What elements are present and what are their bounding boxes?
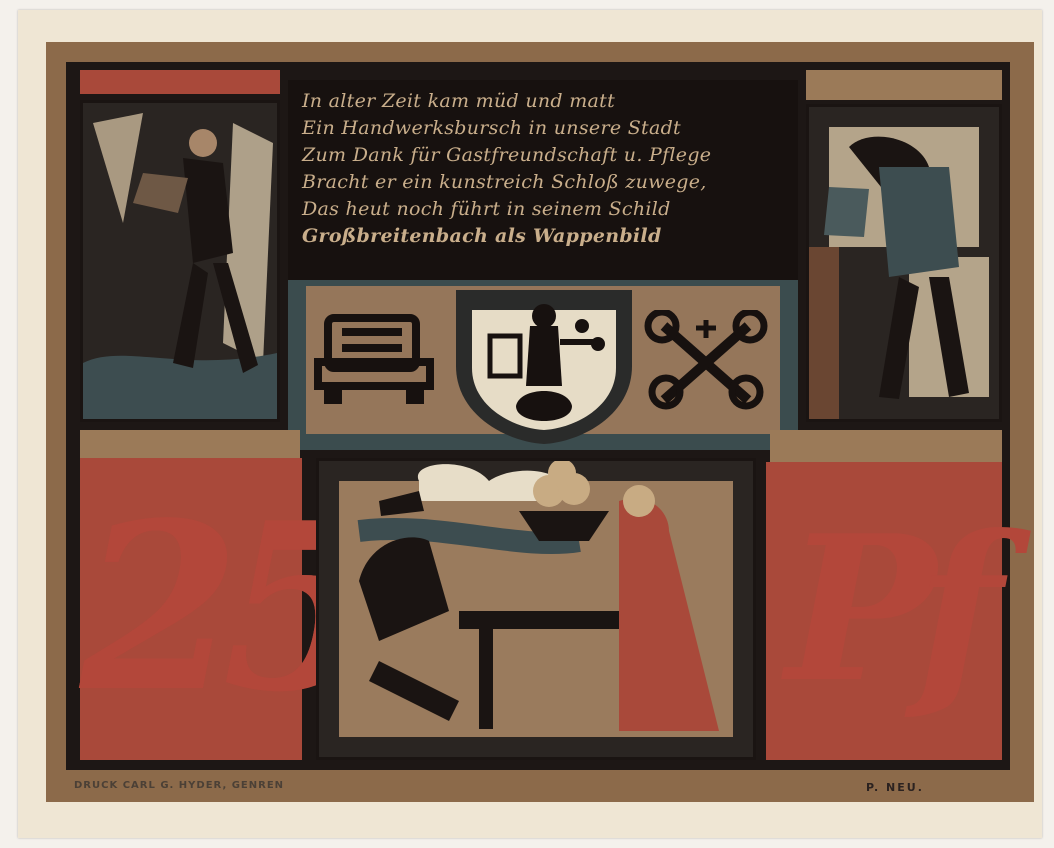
denomination-value: 25 bbox=[80, 458, 302, 760]
verse-line-5: Das heut noch führt in seinem Schild bbox=[302, 196, 784, 223]
left-scroll-ornament bbox=[80, 430, 300, 458]
verse-line-2: Ein Handwerksbursch in unsere Stadt bbox=[302, 115, 784, 142]
printer-imprint: DRUCK CARL G. HYDER, GENREN bbox=[74, 780, 284, 791]
denomination-panel-left: 25 bbox=[80, 458, 302, 760]
top-right-scroll-ornament bbox=[806, 70, 1002, 100]
denomination-panel-right: Pf bbox=[766, 462, 1002, 760]
top-left-scroll-ornament bbox=[80, 70, 280, 94]
denomination-unit-monogram: Pf bbox=[766, 462, 1002, 760]
scene-locksmith-at-work bbox=[806, 104, 1002, 422]
verse-line-3: Zum Dank für Gastfreundschaft u. Pflege bbox=[302, 142, 784, 169]
shield-icon bbox=[450, 286, 638, 446]
verse-line-6: Großbreitenbach als Wappenbild bbox=[302, 223, 784, 250]
verse-panel: In alter Zeit kam müd und matt Ein Handw… bbox=[288, 80, 798, 280]
scene-journeyman-dining bbox=[316, 458, 756, 760]
winding-machine-icon bbox=[314, 310, 434, 410]
verse-line-4: Bracht er ein kunstreich Schloß zuwege, bbox=[302, 169, 784, 196]
coat-of-arms-row bbox=[288, 280, 798, 450]
scene-journeyman-walking bbox=[80, 100, 280, 422]
artist-signature: P. NEU. bbox=[866, 781, 924, 794]
crossed-keys-icon bbox=[644, 310, 768, 410]
verse-line-1: In alter Zeit kam müd und matt bbox=[302, 88, 784, 115]
right-scroll-ornament bbox=[770, 430, 1002, 464]
